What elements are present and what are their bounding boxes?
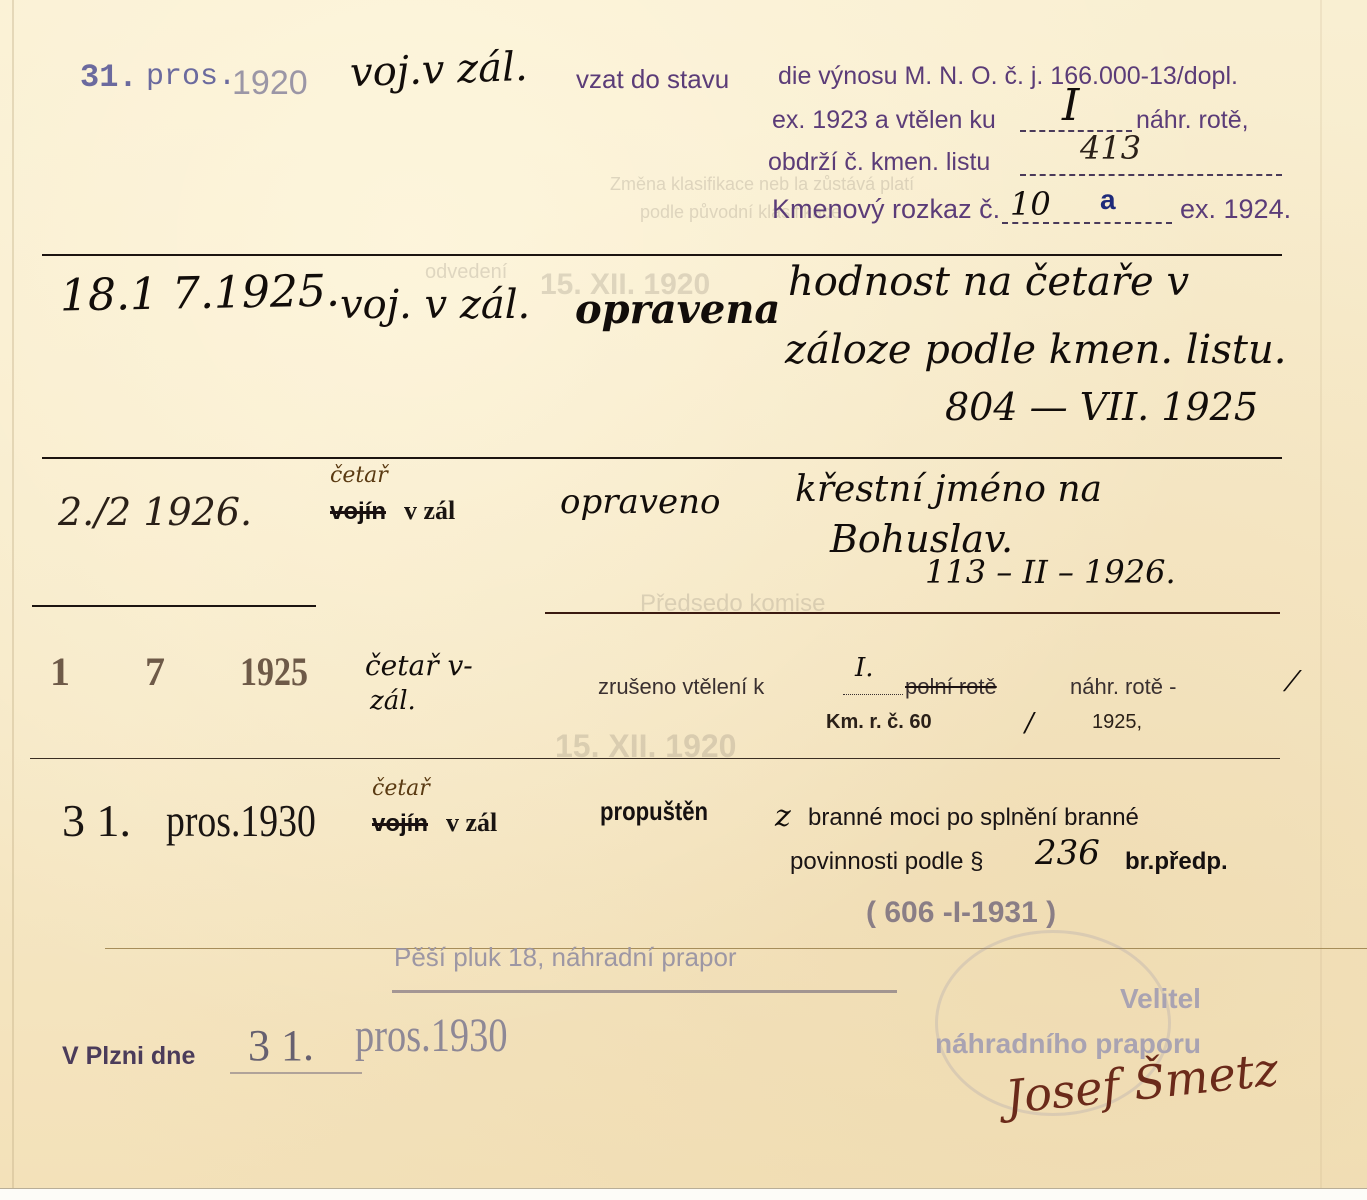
entry-divider-right [545,612,1280,614]
entry4-date-year: 1925 [240,652,308,692]
footer-date-rest: pros.1930 [355,1012,508,1060]
entry2-note-line2: záloze podle kmen. listu. [785,330,1286,370]
entry4-mark: ⁄ [1290,668,1295,696]
entry5-ref: ( 606 -I-1931 ) [866,898,1056,928]
entry4-cancel-blank [843,694,903,695]
entry2-rank: voj. v zál. [340,285,530,325]
entry3-rank-correction: četař [330,465,388,487]
entry4-date-month: 7 [145,652,165,692]
paper-crease [1320,0,1322,1188]
entry2-action: opravena [575,290,780,330]
entry2-note-line1: hodnost na četaře v [788,262,1189,302]
struck-text: polní rotě [905,674,997,699]
entry1-action: vzat do stavu [576,66,729,92]
entry5-note-line2-suffix: br.předp. [1125,850,1228,874]
struck-text: vojín [372,810,428,837]
bleed-text: Změna klasifikace neb la zůstává platí [610,175,914,193]
entry4-order-prefix: Km. r. č. 60 [826,712,932,732]
entry1-line2-prefix: ex. 1923 a vtělen ku [772,108,996,133]
entry4-order-sep: / [1025,710,1034,736]
entry3-note-line3: 113 – II – 1926. [925,556,1176,588]
entry1-line4-value-hand: 10 [1010,188,1051,220]
entry5-note-line2-value: 236 [1035,836,1100,870]
footer-unit-underline [392,990,897,993]
entry1-line2-suffix: náhr. rotě, [1136,108,1249,133]
entry3-date: 2./2 1926. [58,493,252,531]
entry4-rank-line1: četař v- [365,652,473,680]
entry1-line4-suffix: ex. 1924. [1180,196,1291,223]
paper-edge-fold [12,0,14,1188]
entry1-line3-value: 413 [1080,132,1141,164]
entry3-rank-stamp: v zál [404,498,455,524]
entry4-cancel-prefix: zrušeno vtělení k [598,676,764,698]
entry1-line4-prefix: Kmenový rozkaz č. [772,196,1000,223]
entry4-cancel-struck: polní rotě [905,676,997,698]
entry-divider [42,457,1282,459]
entry5-action: propuštěn [600,798,708,824]
entry4-order-year: 1925, [1092,712,1142,732]
footer-place-prefix: V Plzni dne [62,1044,195,1069]
entry3-rank-struck: vojín [330,500,386,524]
entry5-rank-correction: četař [372,778,430,800]
entry4-rank-line2: zál. [370,688,416,714]
entry5-note-line1: branné moci po splnění branné [808,806,1139,830]
struck-text: vojín [330,498,386,525]
footer-date-underline [230,1072,362,1074]
entry1-line3-blank [1020,174,1282,176]
entry4-date-day: 1 [50,652,70,692]
footer-date-day: 3 1. [248,1024,314,1068]
entry5-rank-stamp: v zál [446,810,497,836]
entry-divider [42,254,1282,256]
entry1-line4-value-stamp: a [1100,186,1116,214]
entry1-line1: die výnosu M. N. O. č. j. 166.000-13/dop… [778,64,1238,89]
entry3-action: opraveno [560,485,720,519]
entry-divider [30,758,1280,759]
entry1-date-day: 31. [80,62,138,94]
entry2-date: 18.1 7.1925. [60,270,341,319]
entry-divider-left [32,605,316,607]
entry5-date-rest: pros.1930 [166,798,316,844]
footer-unit: Pěší pluk 18, náhradní prapor [394,944,737,970]
entry1-rank-handwritten: voj.v zál. [349,47,528,93]
bleed-text: odvedení [425,262,507,282]
entry5-note-line2-prefix: povinnosti podle § [790,850,983,874]
entry2-note-line3: 804 — VII. 1925 [945,388,1258,426]
entry1-line2-value: I [1062,84,1079,128]
entry1-line3-prefix: obdrží č. kmen. listu [768,150,990,175]
entry5-date-day: 3 1. [62,798,131,844]
page-edge [0,1188,1367,1200]
entry1-date-month: pros. [146,62,236,92]
entry5-note-prefix-hand: z [775,802,791,832]
entry5-rank-struck: vojín [372,812,428,836]
entry3-note-line1: křestní jméno na [795,472,1102,508]
entry4-cancel-value: I. [855,655,874,681]
entry1-date-year: 1920 [232,66,308,100]
seal-line1: Velitel [1120,985,1201,1013]
entry4-cancel-suffix: náhr. rotě - [1070,676,1176,698]
